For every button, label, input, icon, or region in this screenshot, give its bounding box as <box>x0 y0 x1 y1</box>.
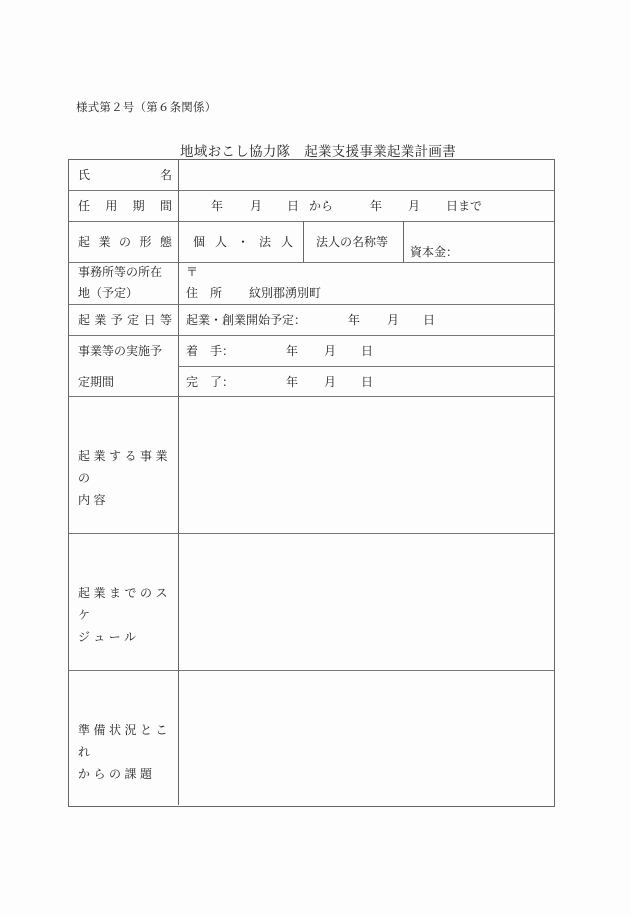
corporate-name-label: 法人の名称等 <box>316 236 388 248</box>
preparation-label: 準備状況とこれ からの課題 <box>78 719 178 785</box>
row-divider <box>69 396 554 397</box>
business-form-label: 起 業 の 形 態 <box>78 236 172 248</box>
address-field[interactable]: 紋別郡湧別町 <box>249 287 321 299</box>
term-label: 任 用 期 間 <box>78 200 172 212</box>
form-number: 様式第２号（第６条関係） <box>76 99 216 115</box>
name-field[interactable] <box>181 163 551 187</box>
row-divider <box>69 262 554 263</box>
sub-row-divider <box>178 366 554 367</box>
document-title: 地域おこし協力隊 起業支援事業起業計画書 <box>180 140 456 160</box>
office-location-label-line1: 事務所等の所在 <box>78 266 162 278</box>
row-divider <box>69 190 554 191</box>
label-column-divider <box>178 160 179 805</box>
schedule-field[interactable] <box>181 537 551 667</box>
business-content-label: 起業する事業の 内容 <box>78 445 178 511</box>
capital-label: 資本金： <box>410 246 458 258</box>
schedule-label: 起業までのスケ ジュール <box>78 582 178 648</box>
business-form-divider-1 <box>303 221 304 262</box>
name-label: 氏 名 <box>78 169 172 181</box>
start-date-label: 起 業 予 定 日 等 <box>78 314 172 326</box>
row-divider <box>69 221 554 222</box>
implementation-label-line1: 事業等の実施予 <box>78 345 162 357</box>
row-divider <box>69 533 554 534</box>
address-label: 住 所 <box>186 287 222 299</box>
postal-mark: 〒 <box>186 266 198 278</box>
row-divider <box>69 304 554 305</box>
business-content-field[interactable] <box>181 400 551 530</box>
row-divider <box>69 670 554 671</box>
business-form-divider-2 <box>403 221 404 262</box>
preparation-field[interactable] <box>181 674 551 802</box>
business-type-choice[interactable]: 個 人 ・ 法 人 <box>193 236 293 248</box>
business-plan-table: 氏 名 任 用 期 間 年 月 日 から 年 月 日まで 起 業 の 形 態 個… <box>68 159 555 807</box>
office-location-label-line2: 地（予定） <box>78 287 138 299</box>
implementation-label-line2: 定期間 <box>78 376 114 388</box>
row-divider <box>69 335 554 336</box>
